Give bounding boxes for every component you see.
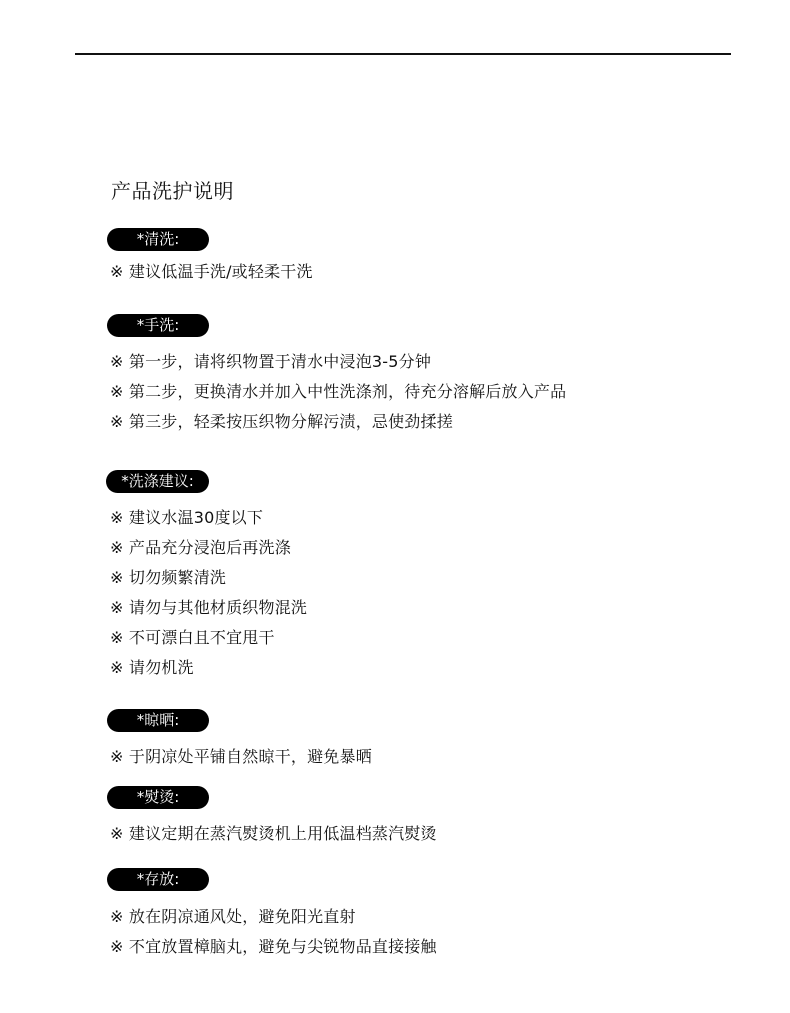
list-item: ※ 请勿机洗 [110, 657, 194, 679]
section-label-drying: *晾晒: [107, 709, 209, 732]
list-item: ※ 第一步，请将织物置于清水中浸泡3-5分钟 [110, 351, 431, 373]
list-item: ※ 产品充分浸泡后再洗涤 [110, 537, 291, 559]
list-item: ※ 建议定期在蒸汽熨烫机上用低温档蒸汽熨烫 [110, 823, 437, 845]
top-divider [75, 53, 731, 55]
list-item: ※ 建议水温30度以下 [110, 507, 263, 529]
list-item: ※ 第三步，轻柔按压织物分解污渍，忌使劲揉搓 [110, 411, 453, 433]
list-item: ※ 第二步，更换清水并加入中性洗涤剂，待充分溶解后放入产品 [110, 381, 566, 403]
section-label-washing-advice: *洗涤建议: [106, 470, 209, 493]
section-label-cleaning: *清洗: [107, 228, 209, 251]
section-label-hand-wash: *手洗: [107, 314, 209, 337]
list-item: ※ 请勿与其他材质织物混洗 [110, 597, 307, 619]
list-item: ※ 放在阴凉通风处，避免阳光直射 [110, 906, 356, 928]
list-item: ※ 不可漂白且不宜甩干 [110, 627, 275, 649]
section-label-ironing: *熨烫: [107, 786, 209, 809]
list-item: ※ 建议低温手洗/或轻柔干洗 [110, 261, 313, 283]
list-item: ※ 于阴凉处平铺自然晾干，避免暴晒 [110, 746, 372, 768]
page-title: 产品洗护说明 [111, 178, 234, 204]
section-label-storage: *存放: [107, 868, 209, 891]
list-item: ※ 不宜放置樟脑丸，避免与尖锐物品直接接触 [110, 936, 437, 958]
list-item: ※ 切勿频繁清洗 [110, 567, 226, 589]
